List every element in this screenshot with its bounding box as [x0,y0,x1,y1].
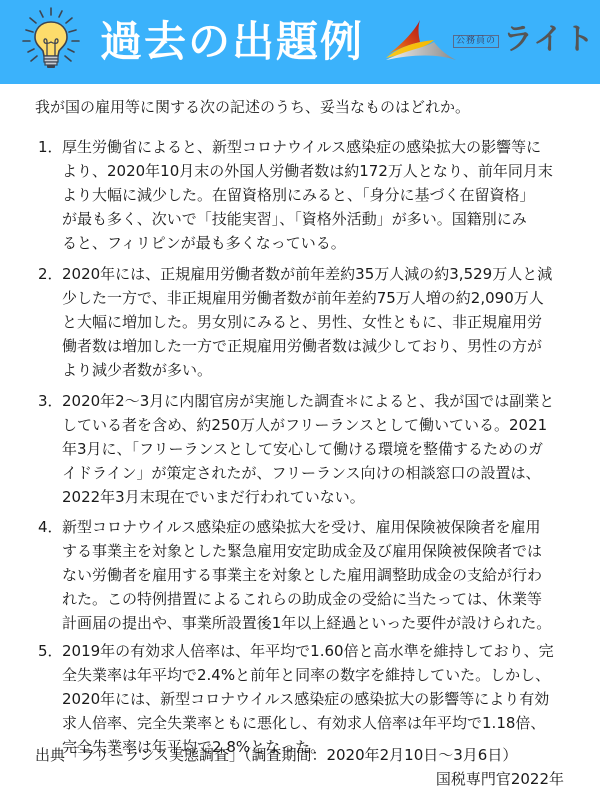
choice-line: 働者数は増加した一方で正規雇用労働者数は減少しており、男性の方が [62,334,592,358]
choice-line: れた。この特例措置によるこれらの助成金の受給に当たっては、休業等 [62,587,592,611]
logo-mark-icon [378,16,458,66]
choice-line: 全失業率は年平均で2.4%と前年と同率の数字を維持していた。しかし、 [62,663,592,687]
choice-line: 2020年には、正規雇用労働者数が前年差約35万人減の約3,529万人と減 [62,262,592,286]
choice-number: 4． [38,515,62,539]
choice-number: 3． [38,389,62,413]
choice-line: 年3月に、「フリーランスとして安心して働ける環境を整備するためのガ [62,437,592,461]
brand-logo: 公務員の ライト [378,16,588,66]
choice-line: 求人倍率、完全失業率ともに悪化し、有効求人倍率は年平均で1.18倍、 [62,711,592,735]
logo-name: ライト [503,22,595,58]
choice-line: している者を含め、約250万人がフリーランスとして働いている。2021 [62,413,592,437]
choice-line: 計画届の提出や、事業所設置後1年以上経過といった要件が設けられた。 [62,611,592,635]
choice-line: が最も多く、次いで「技能実習」、「資格外活動」が多い。国籍別にみ [62,207,592,231]
choice-line: と大幅に増加した。男女別にみると、男性、女性ともに、非正規雇用労 [62,310,592,334]
choice-line: より、2020年10月末の外国人労働者数は約172万人となり、前年同月末 [62,159,592,183]
choice-line: 2022年3月末現在でいまだ行われていない。 [62,485,592,509]
choice-line: より大幅に減少した。在留資格別にみると、「身分に基づく在留資格」 [62,183,592,207]
choice-text: 厚生労働省によると、新型コロナウイルス感染症の感染拡大の影響等に より、2020… [62,135,592,255]
page-title: 過去の出題例 [100,14,364,70]
choice-line: 2020年2～3月に内閣官房が実施した調査＊によると、我が国では副業と [62,389,592,413]
question-stem: 我が国の雇用等に関する次の記述のうち、妥当なものはどれか。 [35,96,470,118]
choice-number: 2． [38,262,62,286]
choice-line: より減少者数が多い。 [62,358,592,382]
choice-line: 少した一方で、非正規雇用労働者数が前年差約75万人増の約2,090万人 [62,286,592,310]
logo-subtitle: 公務員の [453,35,499,48]
choice-line: イドライン」が策定されたが、フリーランス向けの相談窓口の設置は、 [62,461,592,485]
source-citation: 出典「フリーランス実態調査」（調査期間：2020年2月10日～3月6日） [35,744,517,766]
choice-text: 2020年2～3月に内閣官房が実施した調査＊によると、我が国では副業と している… [62,389,592,509]
choice-text: 2019年の有効求人倍率は、年平均で1.60倍と高水準を維持しており、完 全失業… [62,639,592,759]
exam-label: 国税専門官2022年 [436,768,564,790]
choice-number: 1． [38,135,62,159]
choice-text: 新型コロナウイルス感染症の感染拡大を受け、雇用保険被保険者を雇用 する事業主を対… [62,515,592,635]
choice-line: する事業主を対象とした緊急雇用安定助成金及び雇用保険被保険者では [62,539,592,563]
choice-number: 5． [38,639,62,663]
choice-line: 新型コロナウイルス感染症の感染拡大を受け、雇用保険被保険者を雇用 [62,515,592,539]
choice-line: 厚生労働省によると、新型コロナウイルス感染症の感染拡大の影響等に [62,135,592,159]
choice-line: ると、フィリピンが最も多くなっている。 [62,231,592,255]
choice-line: 2020年には、新型コロナウイルス感染症の感染拡大の影響等により有効 [62,687,592,711]
choice-line: 2019年の有効求人倍率は、年平均で1.60倍と高水準を維持しており、完 [62,639,592,663]
choice-text: 2020年には、正規雇用労働者数が前年差約35万人減の約3,529万人と減 少し… [62,262,592,382]
choice-line: ない労働者を雇用する事業主を対象とした雇用調整助成金の支給が行わ [62,563,592,587]
lightbulb-icon [18,6,84,72]
header-banner: 過去の出題例 公務員の [0,0,600,84]
